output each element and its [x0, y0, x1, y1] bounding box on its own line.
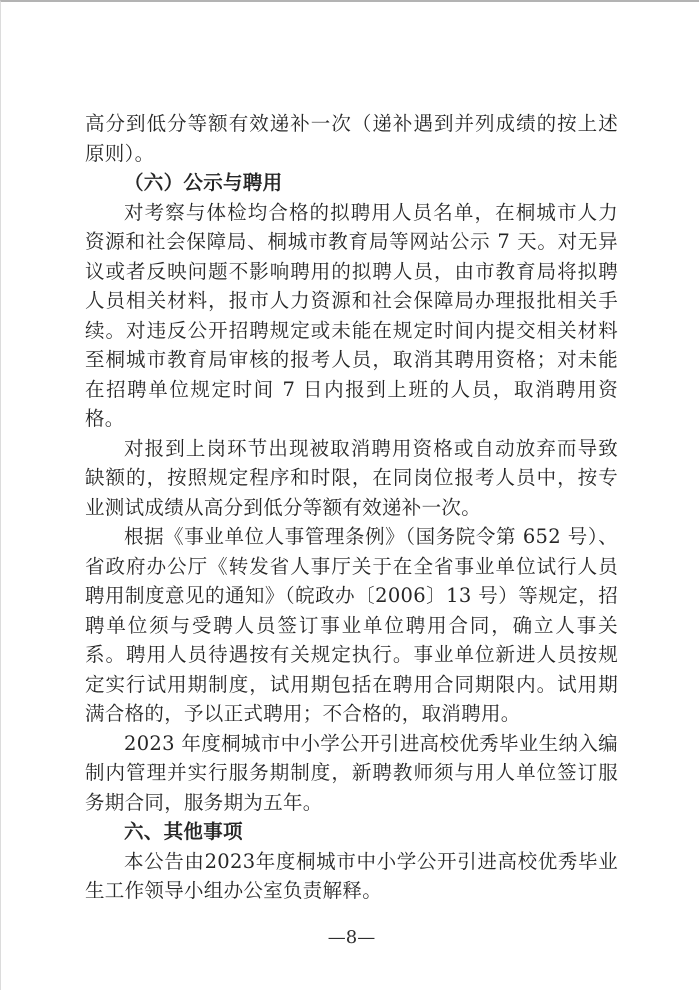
section-heading-other-matters: 六、其他事项	[85, 817, 618, 847]
paragraph-continuation: 高分到低分等额有效递补一次（递补遇到并列成绩的按上述原则）。	[85, 109, 618, 168]
paragraph-service-period: 2023 年度桐城市中小学公开引进高校优秀毕业生纳入编制内管理并实行服务期制度，…	[85, 729, 618, 818]
paragraph-publicity-procedure: 对考察与体检均合格的拟聘用人员名单，在桐城市人力资源和社会保障局、桐城市教育局等…	[85, 198, 618, 434]
page-number: —8—	[85, 923, 618, 952]
document-text-block: 高分到低分等额有效递补一次（递补遇到并列成绩的按上述原则）。 （六）公示与聘用 …	[85, 109, 618, 952]
paragraph-interpretation: 本公告由2023年度桐城市中小学公开引进高校优秀毕业生工作领导小组办公室负责解释…	[85, 847, 618, 906]
paragraph-contract-regulations: 根据《事业单位人事管理条例》（国务院令第 652 号）、省政府办公厅《转发省人事…	[85, 522, 618, 729]
document-page: 高分到低分等额有效递补一次（递补遇到并列成绩的按上述原则）。 （六）公示与聘用 …	[0, 0, 699, 990]
paragraph-replacement-rule: 对报到上岗环节出现被取消聘用资格或自动放弃而导致缺额的，按照规定程序和时限，在同…	[85, 434, 618, 523]
section-heading-publicity-and-employment: （六）公示与聘用	[85, 168, 618, 198]
